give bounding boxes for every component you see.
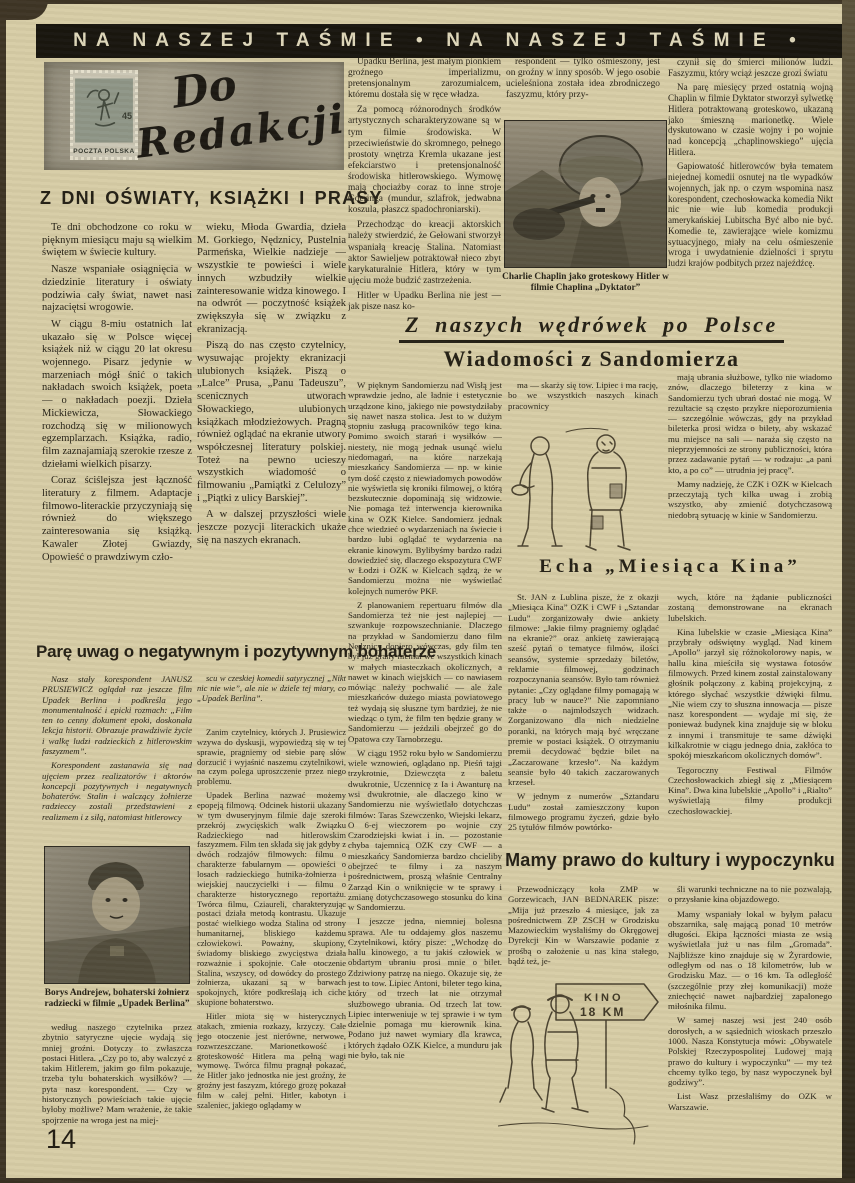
article-oswiata-title: Z DNI OŚWIATY, KSIĄŻKI I PRASY [40, 188, 346, 209]
paragraph: Nasz stały korespondent JANUSZ PRUSIEWIC… [42, 674, 192, 756]
rubric-wedrowki: Z naszych wędrówek po Polsce [348, 312, 835, 343]
paragraph: W samej naszej wsi jest 240 osób dorosły… [668, 1015, 832, 1087]
paragraph: czynił się do śmierci milionów ludzi. Fa… [668, 57, 833, 78]
stamp-caption: POCZTA POLSKA [73, 148, 134, 157]
paragraph: respondent — tylko ośmieszony, jest on g… [506, 57, 660, 101]
paragraph: Zanim czytelnicy, których J. Prusiewicz … [197, 728, 346, 787]
soldier-photo [44, 846, 190, 984]
paragraph: wych, które na żądanie publiczności zost… [668, 592, 832, 623]
do-redakcji-masthead: 45 POCZTA POLSKA Do Redakcji [44, 62, 344, 170]
paragraph: W jednym z numerów „Sztandaru Ludu” zost… [508, 791, 659, 832]
paragraph: Te dni obchodzone co roku w pięknym mies… [42, 222, 192, 260]
echa-column-2: wych, które na żądanie publiczności zost… [668, 592, 832, 844]
pare-uwag-column-1-intro: Nasz stały korespondent JANUSZ PRUSIEWIC… [42, 674, 192, 844]
paragraph: Upadku Berlina, jest małym pionkiem groź… [348, 57, 501, 101]
mamy-prawo-title: Mamy prawo do kultury i wypoczynku [505, 850, 835, 871]
paragraph: Mamy nadzieję, że CZK i OZK w Kielcach p… [668, 479, 832, 520]
paragraph: Hitler w Upadku Berlina nie jest — jak p… [348, 291, 501, 313]
oswiata-column-2: wieku, Młoda Gwardia, dzieła M. Gorkiego… [197, 222, 346, 642]
paragraph: Tegoroczny Festiwal Filmów Czechosłowack… [668, 765, 832, 816]
paragraph: Przechodząc do kreacji aktorskich należy… [348, 220, 501, 287]
paragraph: St. JAN z Lublina pisze, że z okazji „Mi… [508, 592, 659, 787]
scan-edge-bottom [0, 1178, 855, 1183]
postage-stamp: 45 POCZTA POLSKA [70, 70, 138, 160]
paragraph: Piszą do nas często czytelnicy, wysuwają… [197, 340, 346, 505]
paragraph: według naszego czytelnika przez zbytnio … [42, 1022, 192, 1125]
paragraph: Kina lubelskie w czasie „Miesiąca Kina” … [668, 627, 832, 761]
cartoon-usher-illustration [506, 424, 658, 559]
echa-column-1: St. JAN z Lublina pisze, że z okazji „Mi… [508, 592, 659, 844]
soldier-caption: Borys Andrejew, bohaterski żołnierz radz… [40, 988, 194, 1011]
paragraph: W ciągu 1952 roku było w Sandomierzu wie… [348, 748, 502, 913]
paragraph: Z planowaniem repertuaru filmów dla Sand… [348, 600, 502, 744]
paragraph: mają ubrania służbowe, tylko nie wiadomo… [668, 372, 832, 475]
berlin-column-2-top: respondent — tylko ośmieszony, jest on g… [506, 57, 660, 119]
sandomierz-column-3: mają ubrania służbowe, tylko nie wiadomo… [668, 372, 832, 556]
paragraph: śli warunki techniczne na to nie pozwala… [668, 884, 832, 905]
road-sign-line2: 18 KM [580, 1005, 625, 1019]
soldier-photo-art [44, 846, 190, 984]
sandomierz-column-2-top: ma — skarży się tow. Lipiec i ma rację, … [508, 380, 658, 424]
section-banner: NA NASZEJ TAŚMIE • NA NASZEJ TAŚMIE • [36, 24, 842, 58]
chaplin-photo-art [504, 120, 667, 268]
sandomierz-title: Wiadomości z Sandomierza [348, 346, 835, 372]
paragraph: Coraz ściślejsza jest łączność literatur… [42, 475, 192, 564]
paragraph: Na parę miesięcy przed ostatnią wojną Ch… [668, 82, 833, 157]
pare-uwag-title: Parę uwag o negatywnym i pozytywnym boha… [36, 642, 348, 662]
sandomierz-column-1: W pięknym Sandomierzu nad Wisłą jest wpr… [348, 380, 502, 1142]
scan-edge-left [0, 0, 6, 1183]
scan-edge-right [842, 0, 855, 1183]
paragraph: scu w czeskiej komedii satyrycznej „Nikt… [197, 674, 346, 704]
scan-edge-top [0, 0, 855, 4]
paragraph: Hitler miota się w histerycznych atakach… [197, 1012, 346, 1111]
scan-corner [0, 0, 48, 20]
paragraph: Nasze wspaniałe osiągnięcia w dziedzinie… [42, 264, 192, 315]
page-number: 14 [46, 1124, 76, 1155]
script-title-redakcji: Redakcji [134, 95, 348, 167]
paragraph: Mamy wspaniały lokal w byłym pałacu obsz… [668, 909, 832, 1012]
paragraph: Korespondent zastanawia się nad ujęciem … [42, 760, 192, 822]
mamy-prawo-column-2: śli warunki techniczne na to nie pozwala… [668, 884, 832, 1136]
paragraph: Przewodniczący koła ZMP w Gorzewicach, J… [508, 884, 659, 966]
paragraph: Gapiowatość hitlerowców była tematem nie… [668, 161, 833, 268]
pare-uwag-column-2: Zanim czytelnicy, których J. Prusiewicz … [197, 728, 346, 1176]
paragraph: wieku, Młoda Gwardia, dzieła M. Gorkiego… [197, 222, 346, 336]
cartoon-kino-18km-illustration: KINO 18 KM [498, 976, 663, 1161]
berlin-column-3: czynił się do śmierci milionów ludzi. Fa… [668, 57, 833, 319]
paragraph: W pięknym Sandomierzu nad Wisłą jest wpr… [348, 380, 502, 596]
road-sign-line1: KINO [584, 992, 624, 1004]
paragraph: List Wasz przesłaliśmy do OZK w Warszawi… [668, 1091, 832, 1112]
pare-uwag-column-2-italic: scu w czeskiej komedii satyrycznej „Nikt… [197, 674, 346, 726]
banner-text: NA NASZEJ TAŚMIE • NA NASZEJ TAŚMIE • [73, 30, 805, 52]
paragraph: A w dalszej przyszłości wiele jeszcze po… [197, 509, 346, 547]
paragraph: ma — skarży się tow. Lipiec i ma rację, … [508, 380, 658, 411]
paragraph: W ciągu 8-miu ostatnich lat ukazało się … [42, 319, 192, 471]
paragraph: Za pomocą różnorodnych środków artystycz… [348, 105, 501, 216]
oswiata-column-1: Te dni obchodzone co roku w pięknym mies… [42, 222, 192, 642]
berlin-column-1: Upadku Berlina, jest małym pionkiem groź… [348, 57, 501, 317]
rubric-wedrowki-title: Z naszych wędrówek po Polsce [399, 312, 784, 343]
mamy-prawo-column-1: Przewodniczący koła ZMP w Gorzewicach, J… [508, 884, 659, 978]
paragraph: Upadek Berlina nazwać możemy epopeją fil… [197, 791, 346, 1008]
pare-uwag-column-1-after: według naszego czytelnika przez zbytnio … [42, 1022, 192, 1134]
chaplin-photo [504, 120, 667, 268]
echa-title: Echa „Miesiąca Kina” [505, 556, 835, 578]
chaplin-caption: Charlie Chaplin jako groteskowy Hitler w… [498, 272, 673, 295]
paragraph: I jeszcze jedna, niemniej bolesna sprawa… [348, 916, 502, 1060]
stamp-value: 45 [122, 111, 132, 121]
magazine-page: NA NASZEJ TAŚMIE • NA NASZEJ TAŚMIE • 45… [0, 0, 855, 1183]
